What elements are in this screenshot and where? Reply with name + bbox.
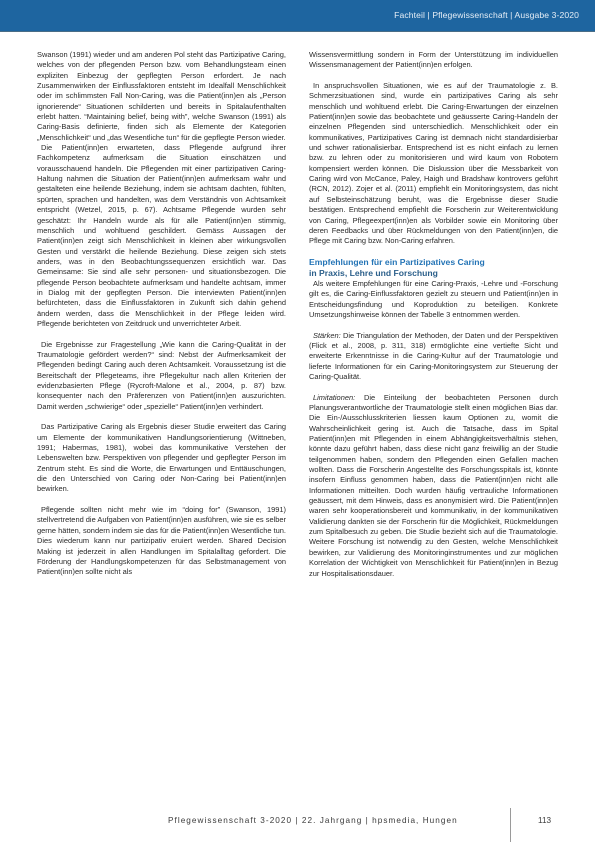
body-paragraph: Die Patient(inn)en erwarteten, dass Pfle… bbox=[37, 143, 286, 329]
right-column: Wissensvermittlung sondern in Form der U… bbox=[309, 50, 558, 579]
body-paragraph: Das Partizipative Caring als Ergebnis di… bbox=[37, 422, 286, 494]
running-header-title: Fachteil | Pflegewissenschaft | Ausgabe … bbox=[394, 10, 579, 20]
body-paragraph: Die Ergebnisse zur Fragestellung „Wie ka… bbox=[37, 340, 286, 412]
body-paragraph: Wissensvermittlung sondern in Form der U… bbox=[309, 50, 558, 71]
section-heading-line1: Empfehlungen für ein Partizipatives Cari… bbox=[309, 257, 558, 268]
section-heading: Empfehlungen für ein Partizipatives Cari… bbox=[309, 257, 558, 279]
paragraph-text: Als weitere Empfehlungen für eine Caring… bbox=[309, 279, 558, 319]
strengths-paragraph: Stärken: Die Triangulation der Methoden,… bbox=[309, 331, 558, 383]
strengths-label: Stärken: bbox=[313, 331, 341, 340]
limitations-paragraph: Limitationen: Die Einteilung der beobach… bbox=[309, 393, 558, 579]
paragraph-text: Die Einteilung der beobachteten Personen… bbox=[309, 393, 558, 578]
left-column: Swanson (1991) wieder und am anderen Pol… bbox=[37, 50, 286, 578]
body-paragraph: Swanson (1991) wieder und am anderen Pol… bbox=[37, 50, 286, 143]
paragraph-text: Die Triangulation der Methoden, der Date… bbox=[309, 331, 558, 381]
header-bar: Fachteil | Pflegewissenschaft | Ausgabe … bbox=[0, 0, 595, 32]
body-paragraph: In anspruchsvollen Situationen, wie es a… bbox=[309, 81, 558, 247]
body-paragraph: Pflegende sollten nicht mehr wie im “doi… bbox=[37, 505, 286, 577]
page-number: 113 bbox=[538, 816, 551, 825]
section-heading-line2: in Praxis, Lehre und Forschung bbox=[309, 268, 558, 279]
recommendations-paragraph: Als weitere Empfehlungen für eine Caring… bbox=[309, 279, 558, 320]
footer-divider bbox=[510, 808, 511, 842]
footer-publication-info: Pflegewissenschaft 3-2020 | 22. Jahrgang… bbox=[168, 816, 458, 825]
limitations-label: Limitationen: bbox=[313, 393, 355, 402]
